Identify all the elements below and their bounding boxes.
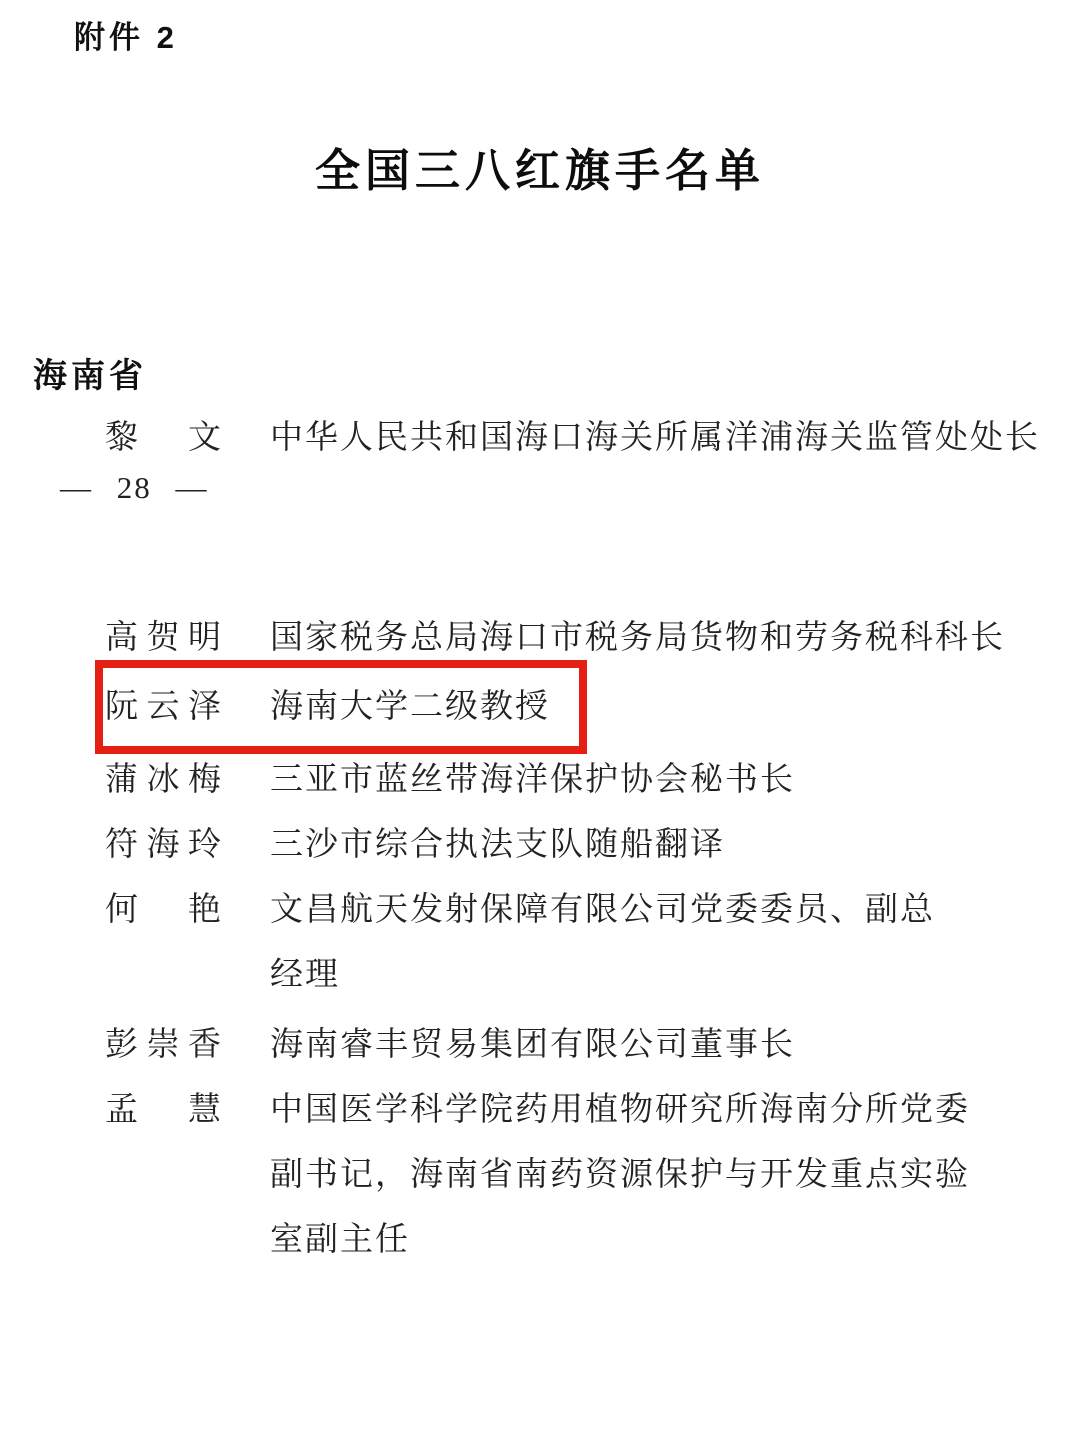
list-item: 黎文 中华人民共和国海口海关所属洋浦海关监管处处长 xyxy=(105,406,1050,471)
list-item: 高贺明 国家税务总局海口市税务局货物和劳务税科科长 xyxy=(105,606,1050,671)
person-name: 蒲冰梅 xyxy=(105,748,221,813)
person-position: 海南大学二级教授 xyxy=(270,675,1050,740)
person-position: 中华人民共和国海口海关所属洋浦海关监管处处长 xyxy=(270,406,1050,471)
person-name: 彭崇香 xyxy=(105,1013,221,1078)
person-position: 文昌航天发射保障有限公司党委委员、副总 经理 xyxy=(270,878,1050,1008)
entry-list-before-break: 黎文 中华人民共和国海口海关所属洋浦海关监管处处长 xyxy=(105,406,1050,471)
person-position: 中国医学科学院药用植物研究所海南分所党委 副书记，海南省南药资源保护与开发重点实… xyxy=(270,1078,1050,1273)
person-name: 黎文 xyxy=(105,406,221,471)
person-position: 三亚市蓝丝带海洋保护协会秘书长 xyxy=(270,748,1050,813)
attachment-label: 附件 2 xyxy=(74,12,178,57)
list-item: 彭崇香 海南睿丰贸易集团有限公司董事长 xyxy=(105,1013,1050,1078)
person-position: 海南睿丰贸易集团有限公司董事长 xyxy=(270,1013,1050,1078)
list-item: 符海玲 三沙市综合执法支队随船翻译 xyxy=(105,813,1050,878)
list-item: 何艳 文昌航天发射保障有限公司党委委员、副总 经理 xyxy=(105,878,1050,1008)
page-number: — 28 — xyxy=(60,470,209,506)
list-item-highlighted: 阮云泽 海南大学二级教授 xyxy=(105,675,1050,740)
person-name: 高贺明 xyxy=(105,606,221,671)
person-name: 阮云泽 xyxy=(105,675,221,740)
page-title: 全国三八红旗手名单 xyxy=(0,134,1080,199)
list-item: 孟慧 中国医学科学院药用植物研究所海南分所党委 副书记，海南省南药资源保护与开发… xyxy=(105,1078,1050,1273)
list-item: 蒲冰梅 三亚市蓝丝带海洋保护协会秘书长 xyxy=(105,748,1050,813)
person-name: 孟慧 xyxy=(105,1078,221,1143)
document-page: 附件 2 全国三八红旗手名单 海南省 黎文 中华人民共和国海口海关所属洋浦海关监… xyxy=(0,0,1080,1440)
person-position: 三沙市综合执法支队随船翻译 xyxy=(270,813,1050,878)
person-position: 国家税务总局海口市税务局货物和劳务税科科长 xyxy=(270,606,1050,671)
entry-list-after-break: 高贺明 国家税务总局海口市税务局货物和劳务税科科长 阮云泽 海南大学二级教授 蒲… xyxy=(105,606,1050,1273)
section-heading-province: 海南省 xyxy=(33,348,147,397)
person-name: 何艳 xyxy=(105,878,221,943)
person-name: 符海玲 xyxy=(105,813,221,878)
